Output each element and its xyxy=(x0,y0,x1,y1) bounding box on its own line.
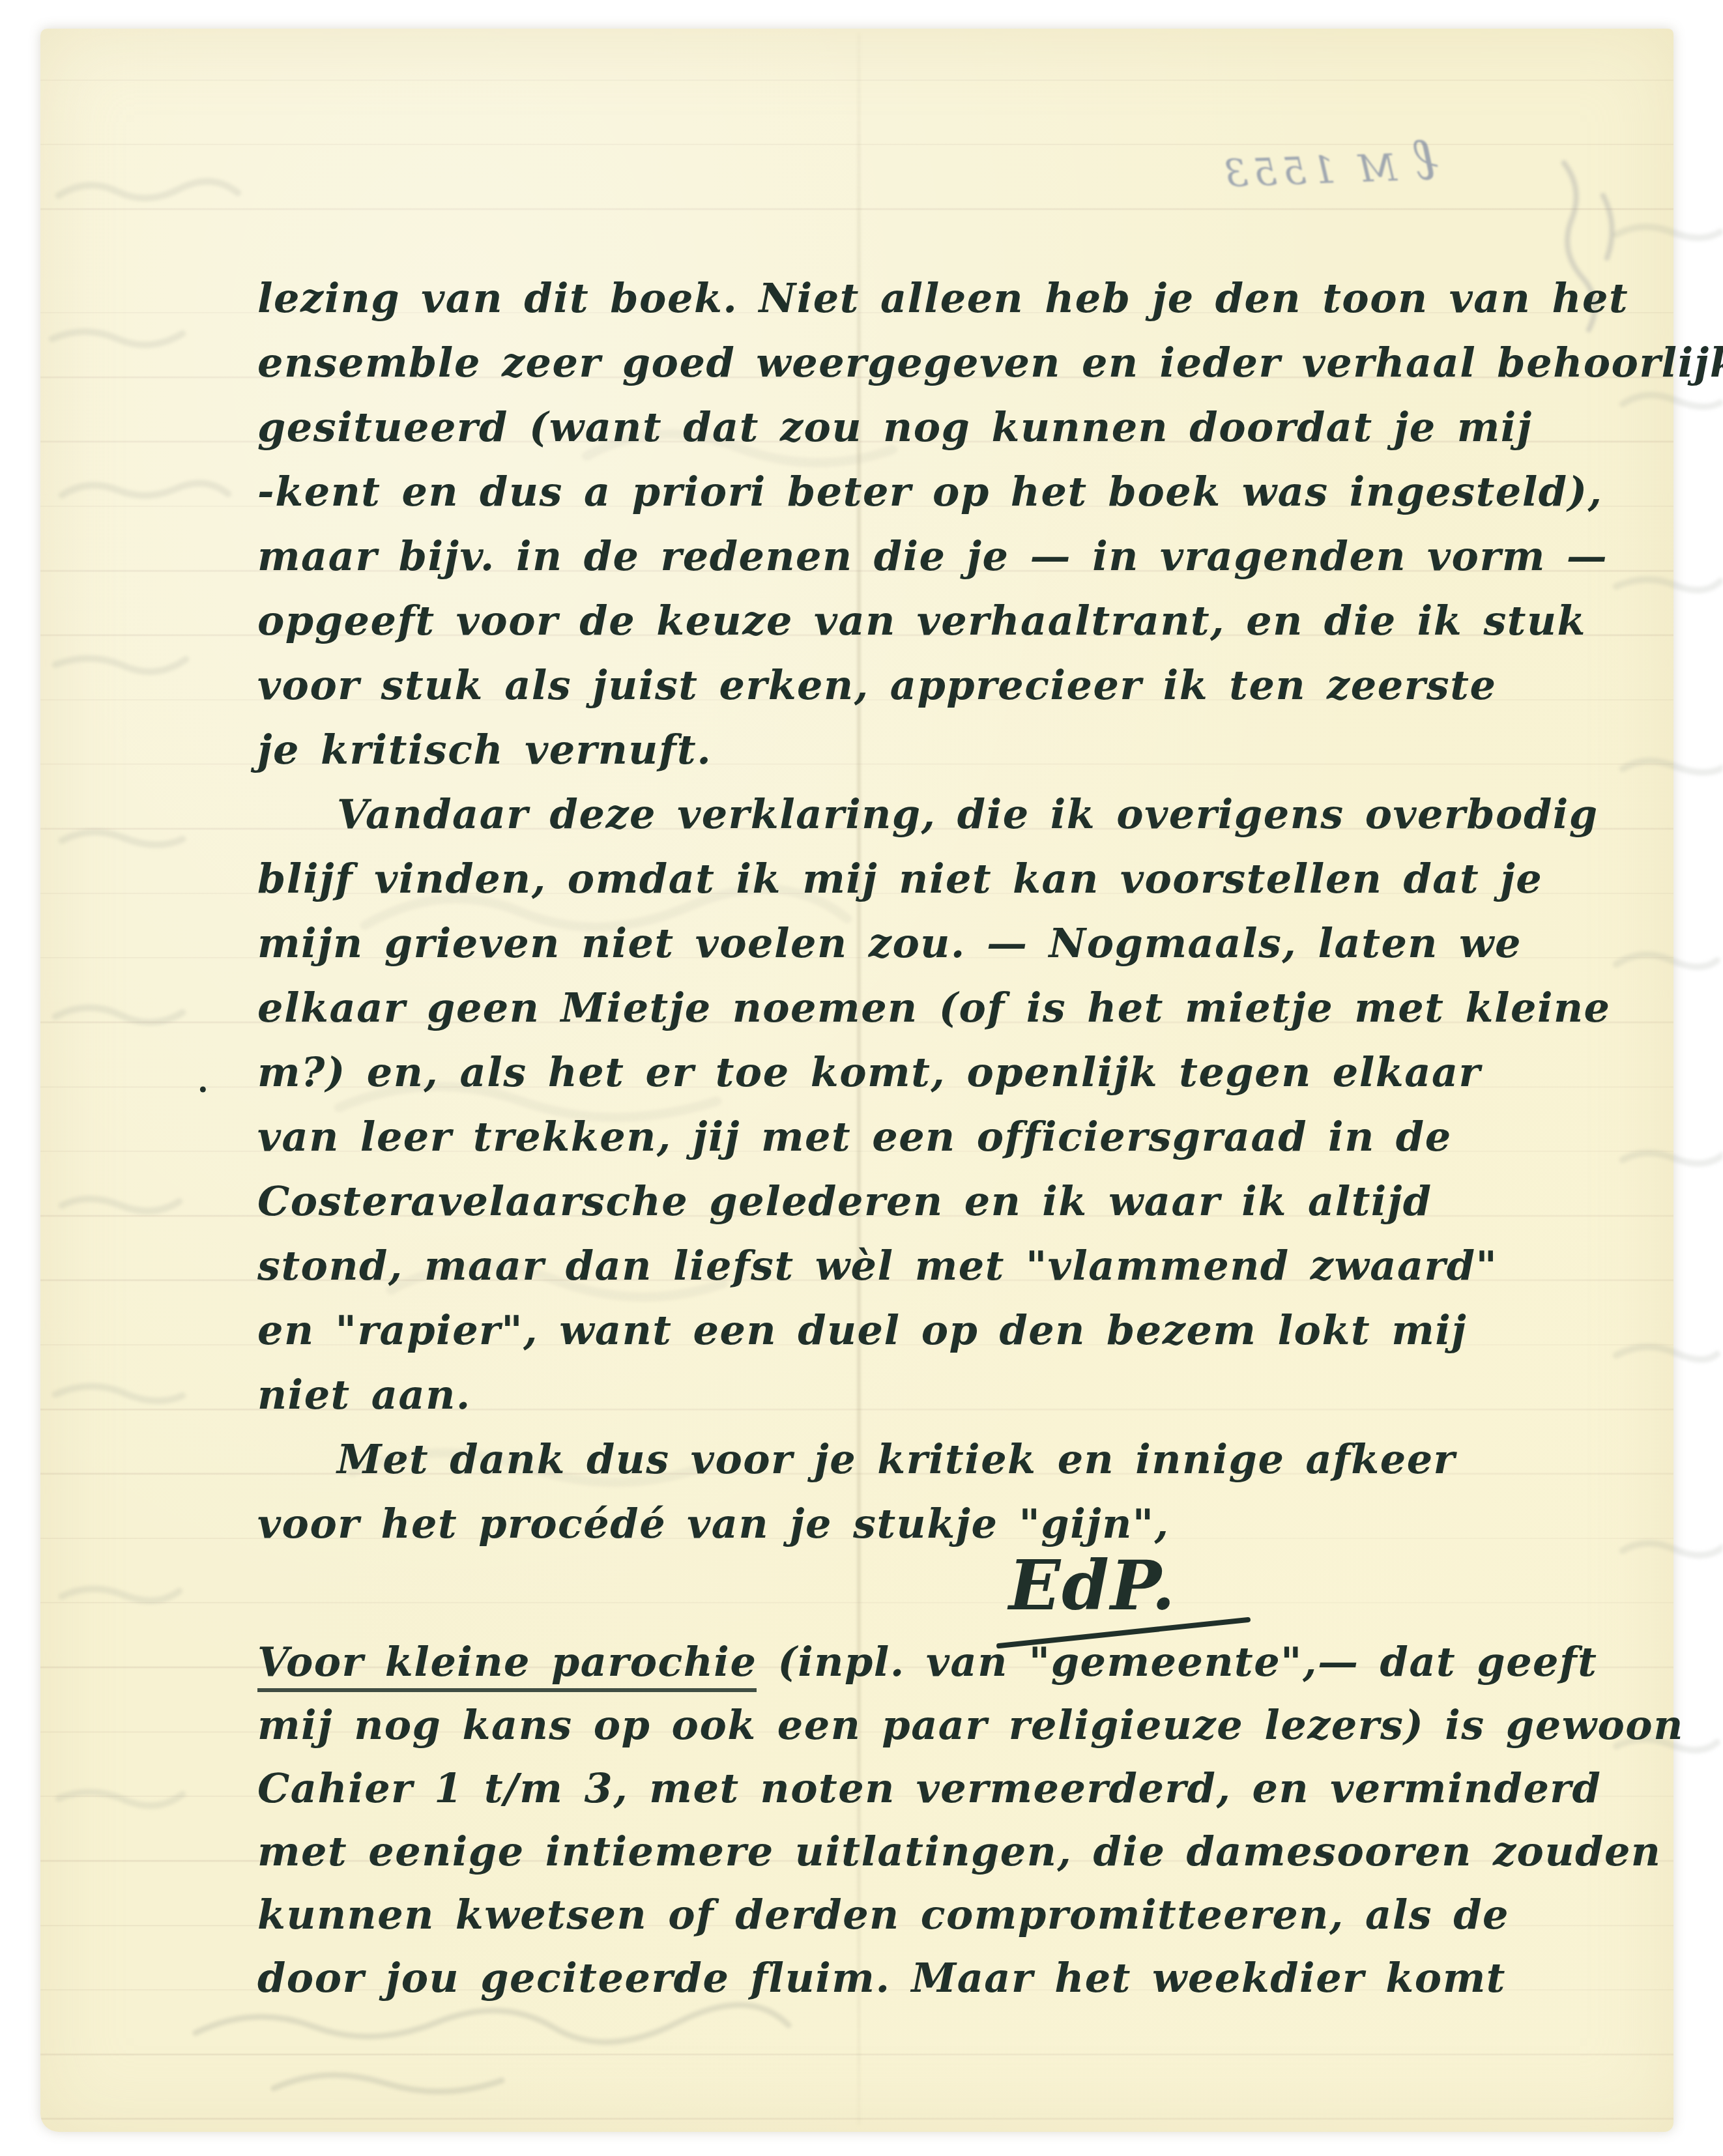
handwritten-line: voor het procédé van je stukje "gijn", xyxy=(257,1491,1665,1556)
handwritten-line: van leer trekken, jij met een officiersg… xyxy=(257,1104,1665,1169)
handwritten-line: ensemble zeer goed weergegeven en ieder … xyxy=(257,330,1665,395)
underlined-phrase: Voor kleine parochie xyxy=(257,1638,757,1692)
scanned-letter-page: ℓ M 1553 lezing van dit boek. Niet allee… xyxy=(0,0,1723,2156)
stamp-monogram-flourish: ℓ xyxy=(1413,124,1440,194)
postscript-text: Voor kleine parochie (inpl. van "gemeent… xyxy=(257,1630,1665,2009)
handwritten-line-rest: (inpl. van "gemeente",— dat geeft xyxy=(757,1638,1597,1686)
handwritten-line: je kritisch vernuft. xyxy=(257,717,1665,782)
handwritten-line: stond, maar dan liefst wèl met "vlammend… xyxy=(257,1233,1665,1298)
letter-body-text: lezing van dit boek. Niet alleen heb je … xyxy=(257,266,1665,1556)
signature: EdP. xyxy=(1009,1545,1176,1626)
handwritten-line: Voor kleine parochie (inpl. van "gemeent… xyxy=(257,1630,1665,1693)
stamp-number: M 1553 xyxy=(1218,145,1398,196)
handwritten-line: opgeeft voor de keuze van verhaaltrant, … xyxy=(257,588,1665,653)
handwritten-line: door jou geciteerde fluim. Maar het week… xyxy=(257,1946,1665,2009)
handwritten-line: kunnen kwetsen of derden compromitteeren… xyxy=(257,1883,1665,1946)
handwritten-line: Cahier 1 t/m 3, met noten vermeerderd, e… xyxy=(257,1757,1665,1820)
handwritten-line: -kent en dus a priori beter op het boek … xyxy=(257,459,1665,524)
handwritten-line: m?) en, als het er toe komt, openlijk te… xyxy=(257,1040,1665,1104)
handwritten-line: niet aan. xyxy=(257,1362,1665,1427)
handwritten-line: maar bijv. in de redenen die je — in vra… xyxy=(257,524,1665,588)
handwritten-line-paragraph-start: Met dank dus voor je kritiek en innige a… xyxy=(257,1427,1665,1491)
handwritten-line: gesitueerd (want dat zou nog kunnen door… xyxy=(257,395,1665,459)
handwritten-line: Costeravelaarsche gelederen en ik waar i… xyxy=(257,1169,1665,1233)
stray-ink-dot: . xyxy=(197,1063,209,1100)
handwritten-line: met eenige intiemere uitlatingen, die da… xyxy=(257,1820,1665,1883)
mirrored-ink-stamp: ℓ M 1553 xyxy=(1203,124,1440,201)
handwritten-line: blijf vinden, omdat ik mij niet kan voor… xyxy=(257,846,1665,911)
handwritten-line-paragraph-start: Vandaar deze verklaring, die ik overigen… xyxy=(257,782,1665,846)
handwritten-line: en "rapier", want een duel op den bezem … xyxy=(257,1298,1665,1362)
handwritten-line: mijn grieven niet voelen zou. — Nogmaals… xyxy=(257,911,1665,975)
handwritten-line: mij nog kans op ook een paar religieuze … xyxy=(257,1693,1665,1757)
handwritten-line: voor stuk als juist erken, apprecieer ik… xyxy=(257,653,1665,717)
handwritten-line: lezing van dit boek. Niet alleen heb je … xyxy=(257,266,1665,330)
handwritten-line: elkaar geen Mietje noemen (of is het mie… xyxy=(257,975,1665,1040)
